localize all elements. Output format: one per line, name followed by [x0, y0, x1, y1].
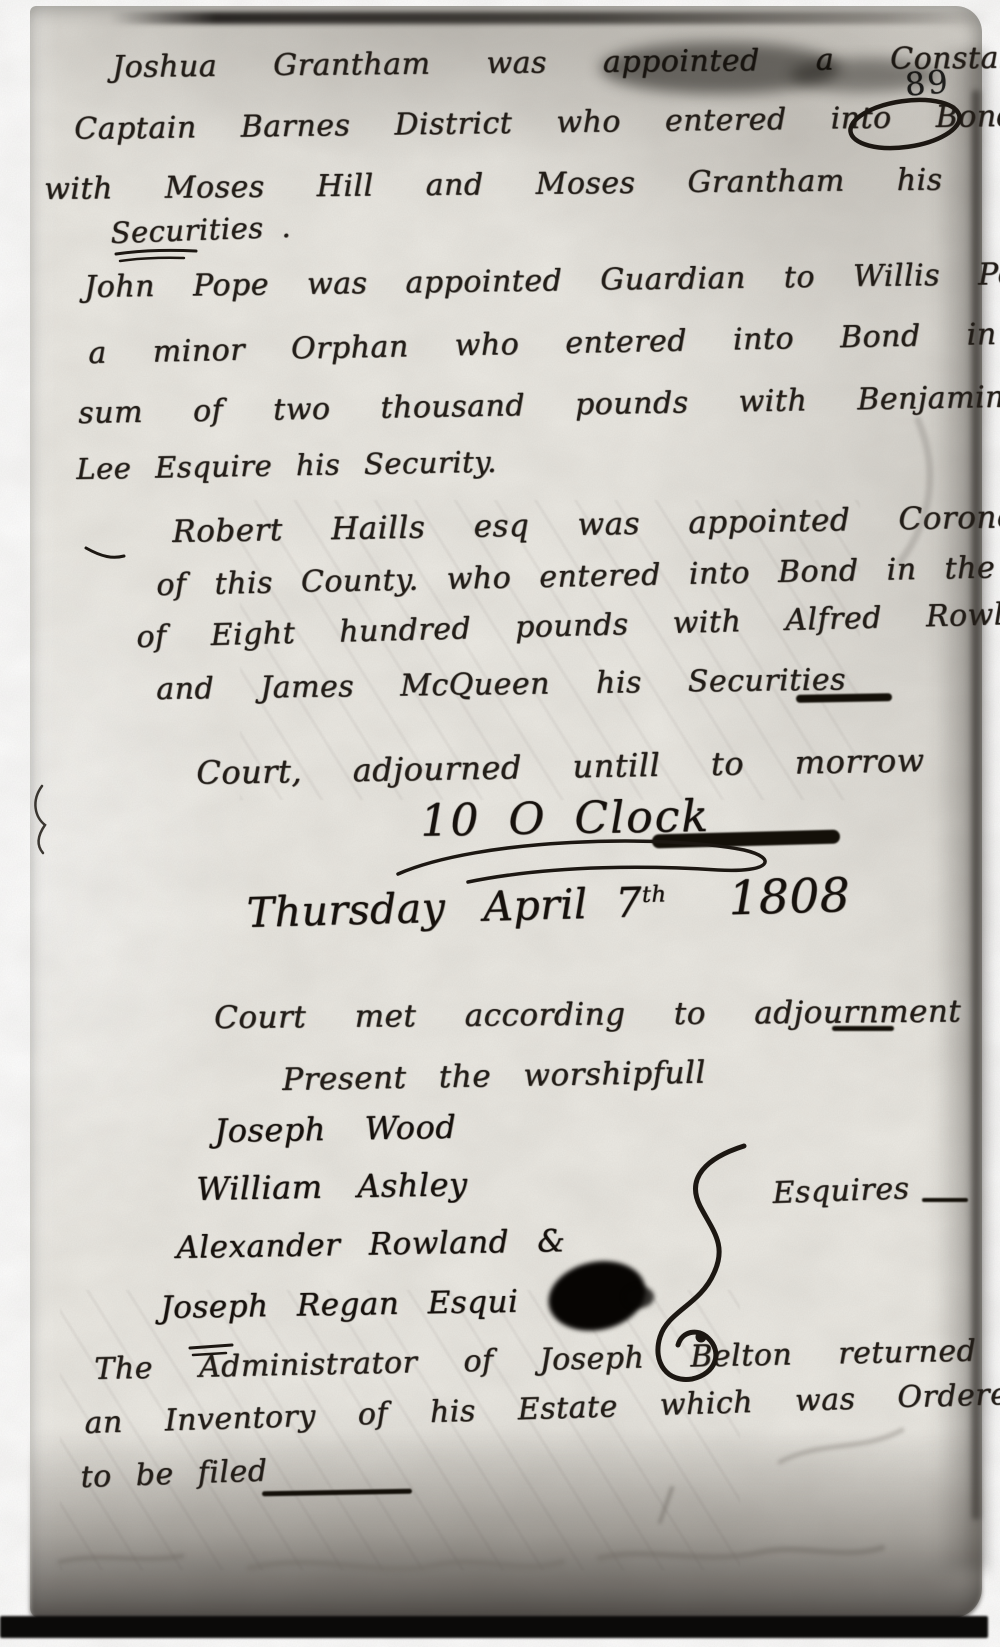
ink-stroke-rule	[796, 693, 892, 703]
ink-stroke-rule	[832, 1026, 894, 1031]
bottom-scan-bar	[0, 1616, 988, 1638]
date-ordinal: th	[642, 881, 667, 908]
scanned-court-record-page: 89 Joshua Grantham was appointed a Const…	[0, 0, 1000, 1647]
justice-name: William Ashley	[196, 1165, 468, 1208]
date-day-name: Thursday	[246, 884, 446, 937]
date-day: 7	[615, 879, 643, 928]
ink-smudge	[790, 58, 940, 92]
ink-blot	[624, 1286, 654, 1308]
justice-name: Alexander Rowland &	[176, 1223, 566, 1266]
justice-name: Joseph Wood	[214, 1108, 457, 1150]
entry-constable-line-4: Securities .	[110, 210, 292, 250]
top-edge-shadow	[110, 12, 990, 24]
date-year: 1808	[728, 868, 851, 926]
date-month: April	[483, 880, 588, 931]
ink-stroke-rule	[922, 1198, 968, 1202]
right-edge-line	[972, 90, 980, 1520]
justice-name: Joseph Regan Esqui	[160, 1284, 519, 1326]
entry-belton-line-3: to be filed	[80, 1453, 268, 1495]
justices-suffix: Esquires	[772, 1171, 910, 1211]
session-present-line: Present the worshipfull	[282, 1055, 706, 1098]
